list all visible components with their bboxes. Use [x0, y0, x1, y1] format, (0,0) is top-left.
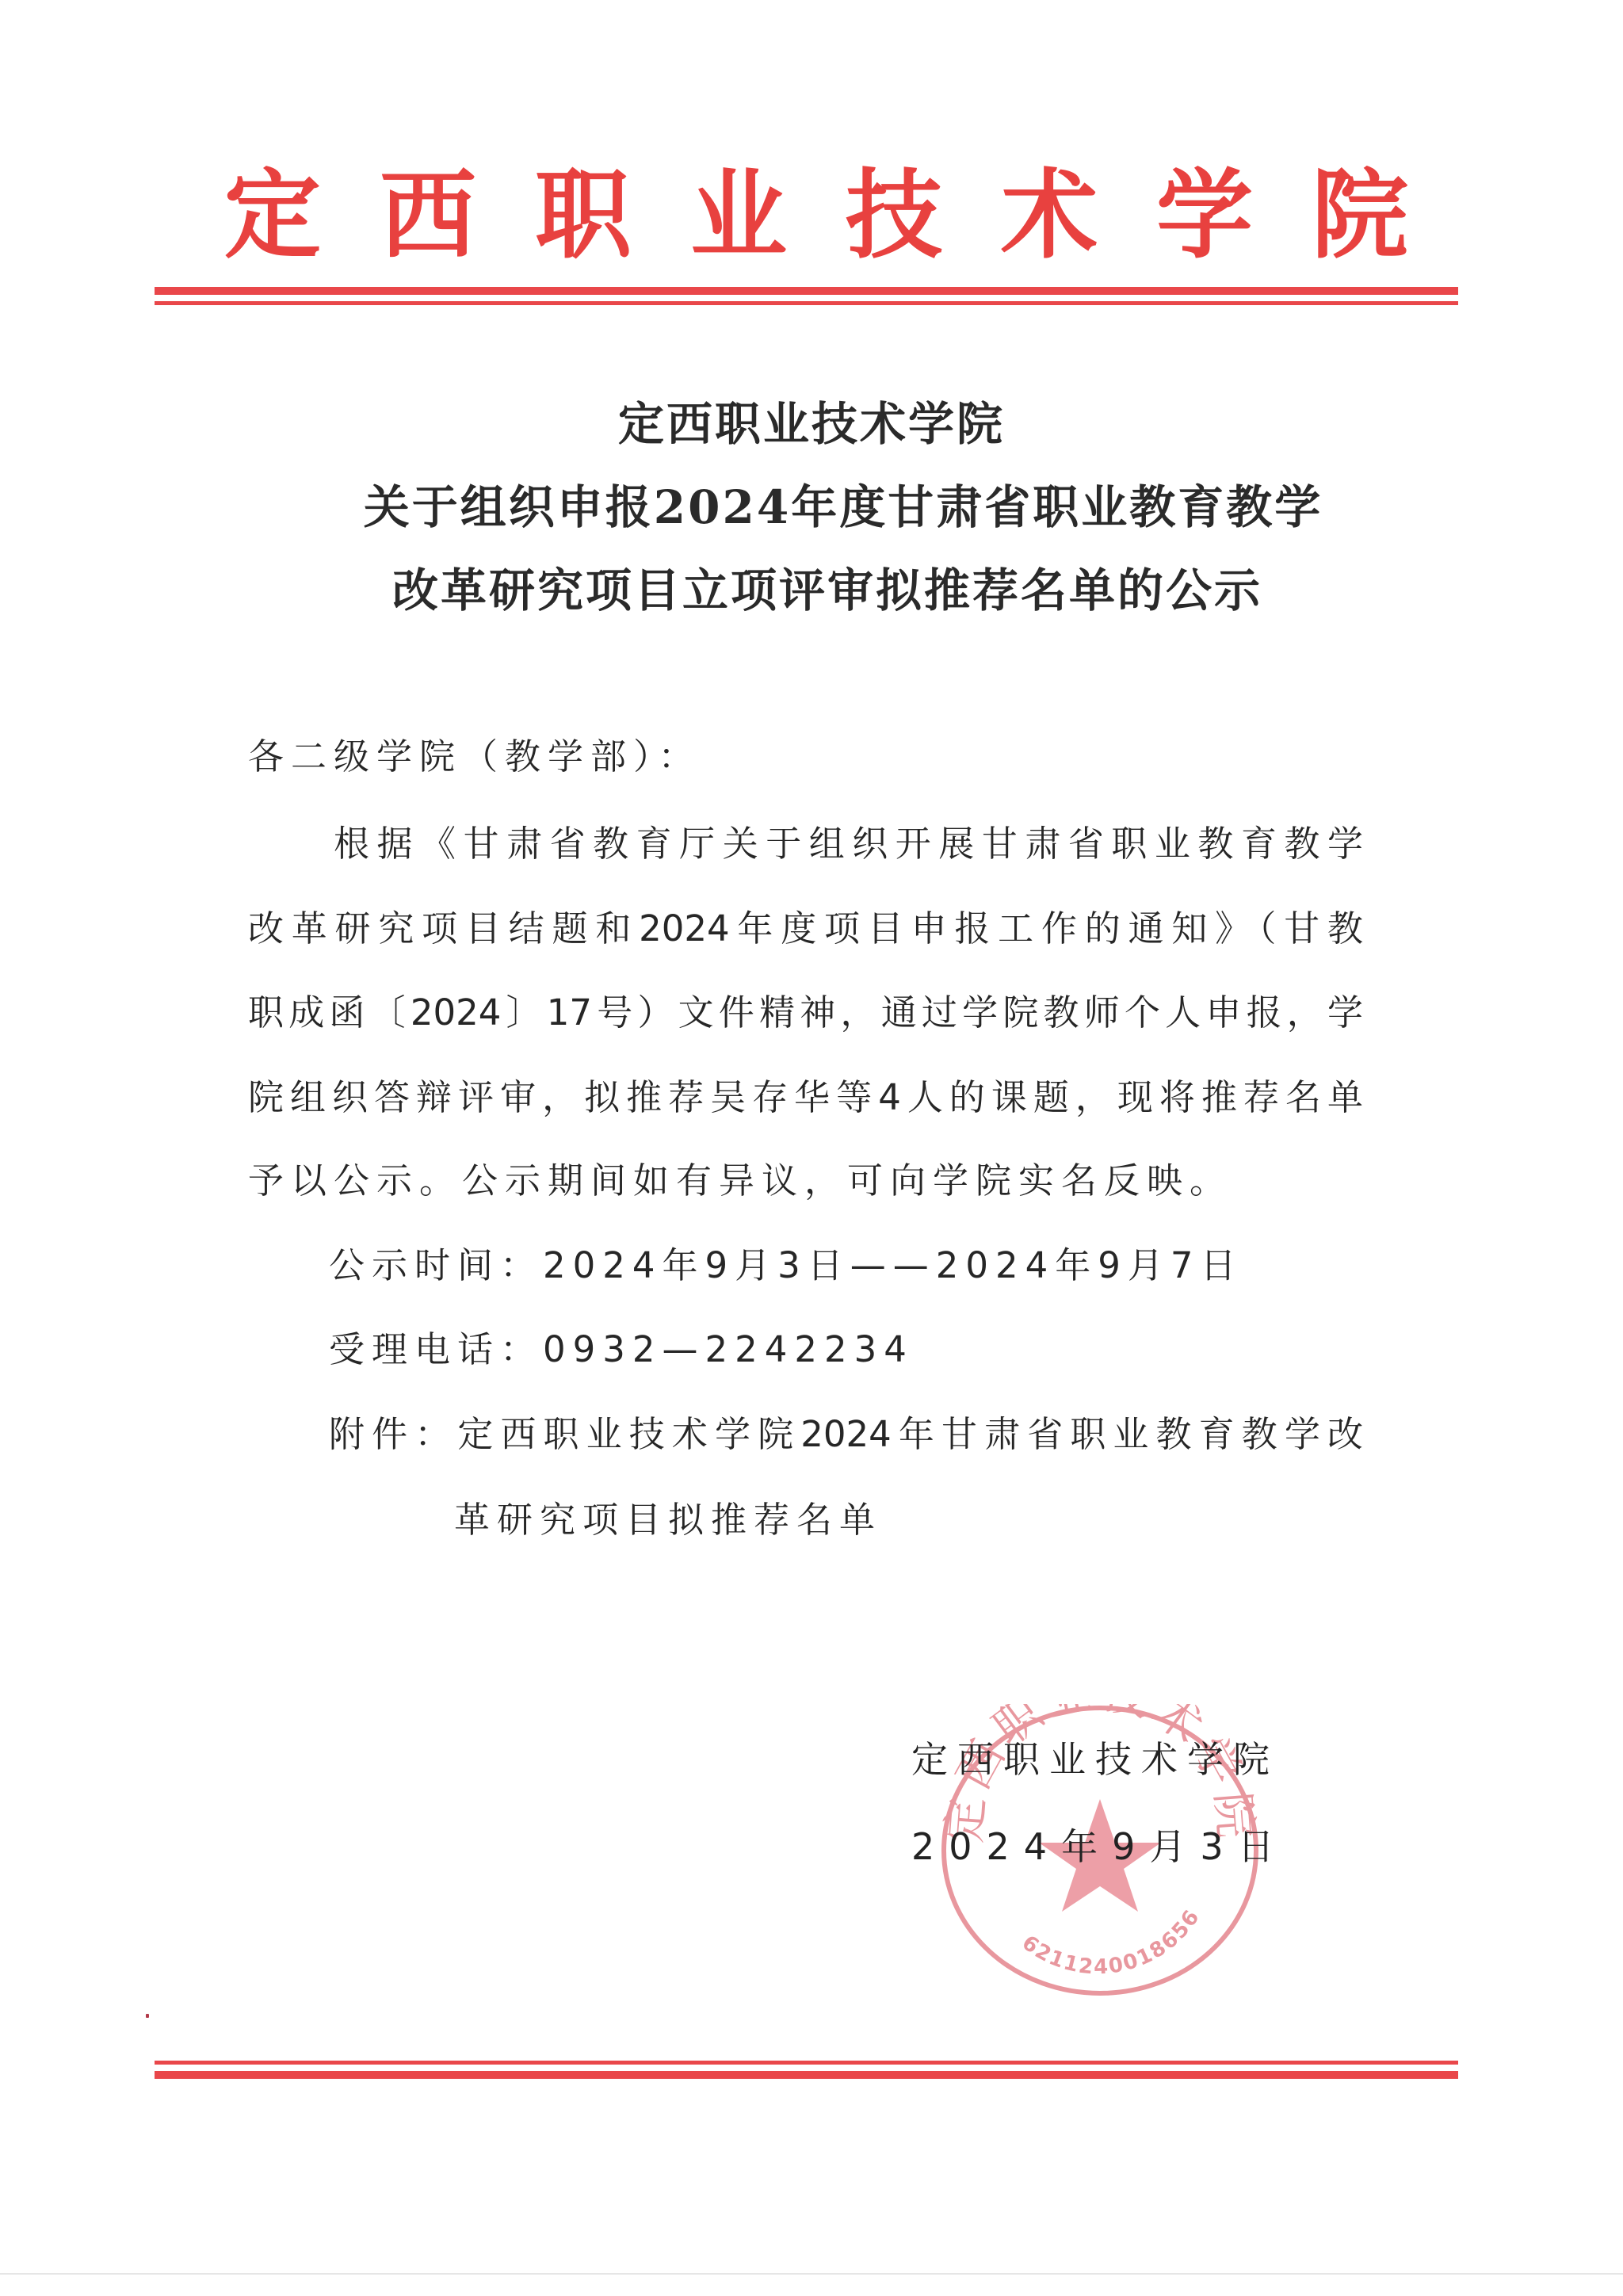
letterhead-char: 术	[1001, 155, 1094, 274]
letterhead-char: 技	[846, 155, 939, 274]
signature-date: 2024年9月3日	[911, 1823, 1289, 1870]
header-rule-thick	[155, 287, 1458, 295]
paragraph-line: 职成函〔2024〕17号）文件精神，通过学院教师个人申报，学	[248, 989, 1363, 1037]
paragraph-line: 根据《甘肃省教育厅关于组织开展甘肃省职业教育教学	[334, 820, 1363, 868]
paragraph-line: 改革研究项目结题和2024年度项目申报工作的通知》（甘教	[248, 905, 1363, 953]
footer-rule-thick	[155, 2071, 1458, 2079]
letterhead-char: 学	[1156, 155, 1250, 274]
doc-title-line-3: 改革研究项目立项评审拟推荐名单的公示	[16, 562, 1623, 619]
letterhead-char: 业	[690, 155, 784, 274]
scan-speck	[146, 2014, 149, 2018]
header-rule-thin	[155, 301, 1458, 305]
doc-title-line-1: 定西职业技术学院	[0, 395, 1623, 453]
letterhead-char: 院	[1312, 155, 1405, 274]
letterhead-org-name: 定 西 职 业 技 术 学 院	[224, 155, 1405, 274]
footer-rule-thin	[155, 2061, 1458, 2065]
attachment-line-continued: 革研究项目拟推荐名单	[454, 1496, 882, 1544]
letterhead-char: 西	[380, 155, 473, 274]
signature-organization: 定西职业技术学院	[911, 1736, 1279, 1783]
publicity-period: 公示时间：2024年9月3日——2024年9月7日	[329, 1242, 1243, 1289]
paragraph-line: 予以公示。公示期间如有异议，可向学院实名反映。	[248, 1157, 1232, 1205]
doc-title-line-2: 关于组织申报2024年度甘肃省职业教育教学	[32, 479, 1623, 536]
contact-phone: 受理电话：0932—2242234	[329, 1326, 914, 1373]
seal-code: 6211240018656	[1018, 1904, 1205, 1979]
page-edge-line	[0, 2273, 1623, 2275]
letterhead-char: 职	[535, 155, 628, 274]
letterhead-char: 定	[224, 155, 318, 274]
paragraph-line: 院组织答辩评审，拟推荐吴存华等4人的课题，现将推荐名单	[248, 1074, 1363, 1121]
svg-text:6211240018656: 6211240018656	[1018, 1904, 1205, 1979]
salutation: 各二级学院（教学部）：	[248, 733, 701, 781]
attachment-line: 附件：定西职业技术学院2024年甘肃省职业教育教学改	[329, 1411, 1363, 1458]
